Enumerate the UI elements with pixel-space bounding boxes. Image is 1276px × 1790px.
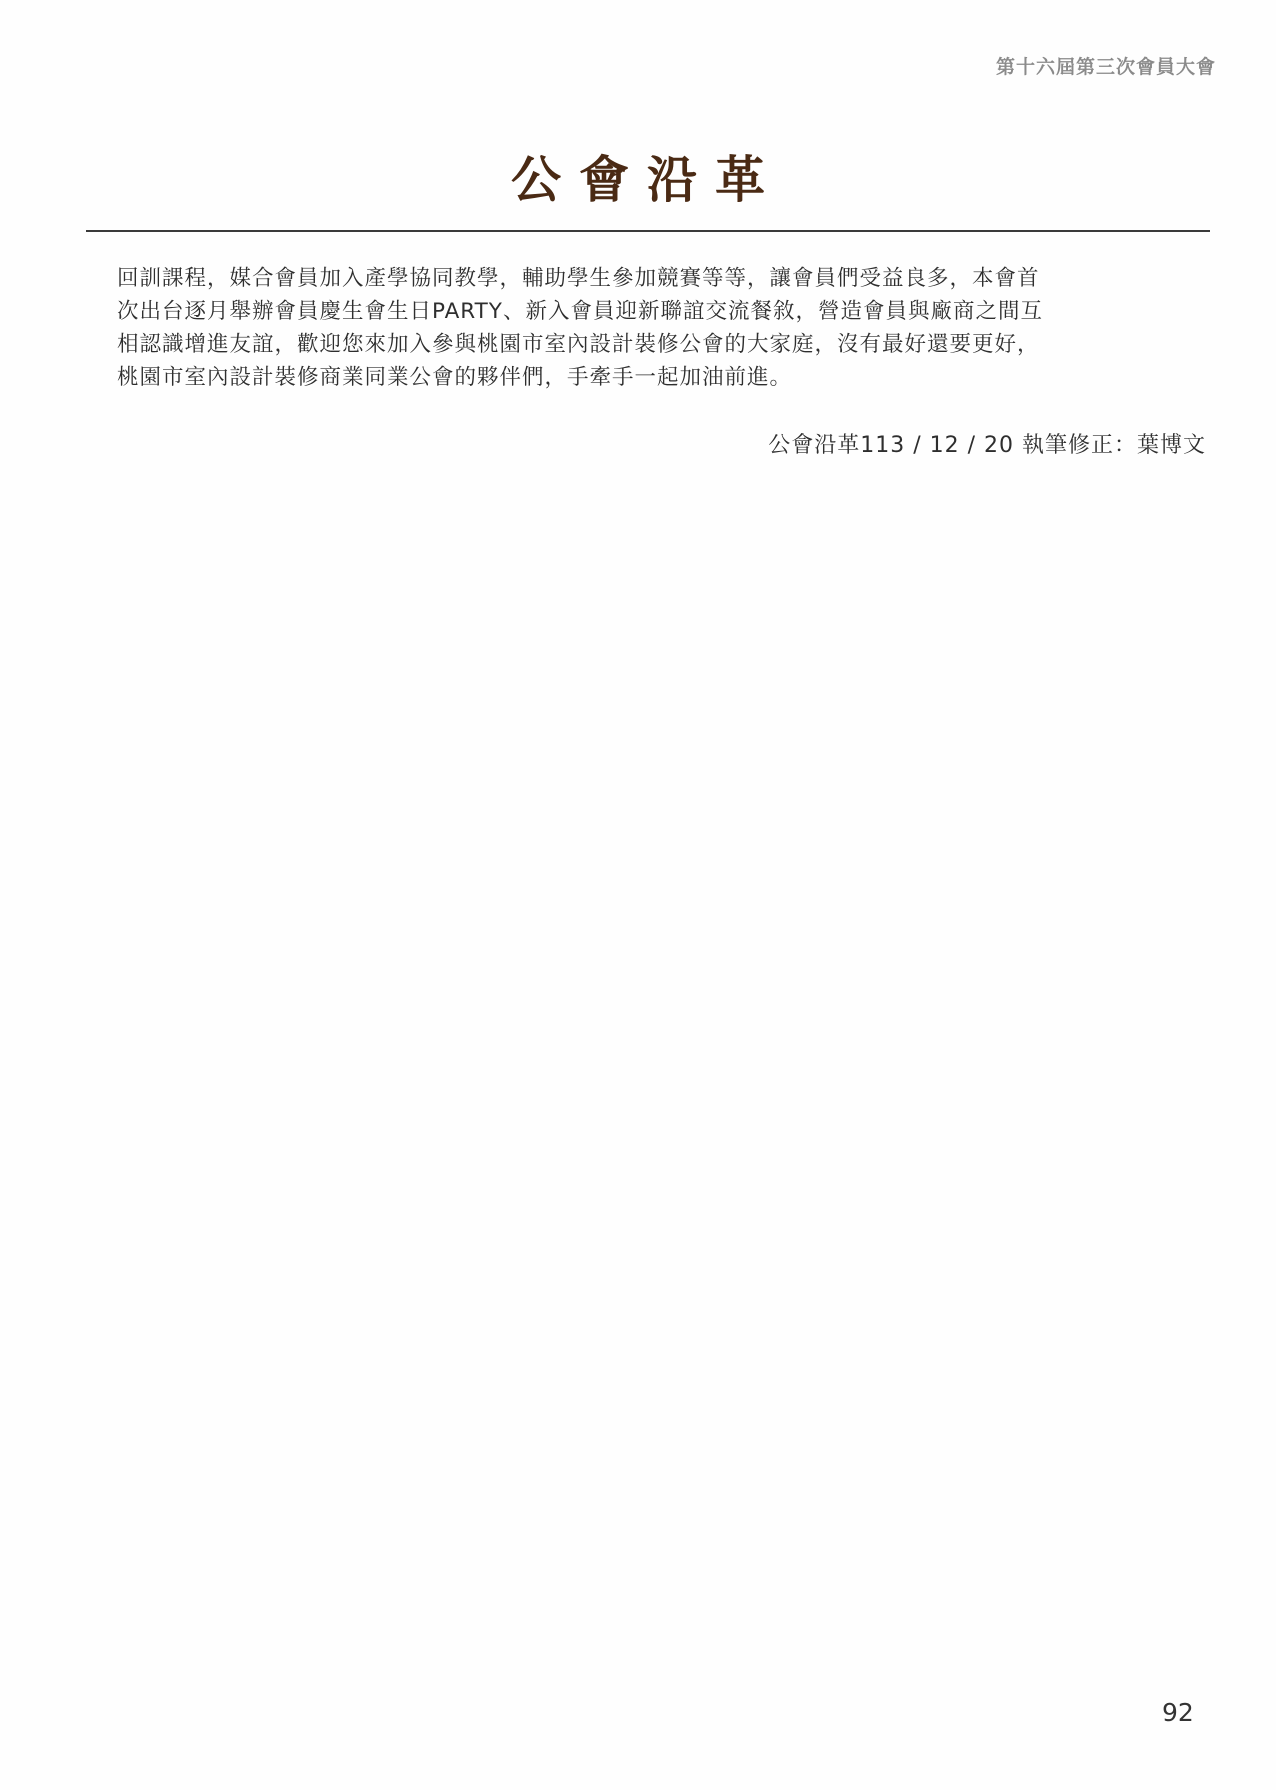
running-header: 第十六屆第三次會員大會 (996, 52, 1216, 79)
page-title: 公會沿革 (0, 150, 1276, 210)
body-line: 相認識增進友誼，歡迎您來加入參與桃園市室內設計裝修公會的大家庭，沒有最好還要更好… (117, 328, 1207, 361)
title-divider (86, 230, 1210, 232)
body-paragraph: 回訓課程，媒合會員加入產學協同教學，輔助學生參加競賽等等，讓會員們受益良多，本會… (117, 262, 1207, 394)
author-signature: 公會沿革113 / 12 / 20 執筆修正：葉博文 (768, 428, 1206, 459)
body-line: 桃園市室內設計裝修商業同業公會的夥伴們，手牽手一起加油前進。 (117, 361, 1207, 394)
body-line: 回訓課程，媒合會員加入產學協同教學，輔助學生參加競賽等等，讓會員們受益良多，本會… (117, 262, 1207, 295)
body-line: 次出台逐月舉辦會員慶生會生日PARTY、新入會員迎新聯誼交流餐敘，營造會員與廠商… (117, 295, 1207, 328)
page-number: 92 (1162, 1698, 1194, 1727)
